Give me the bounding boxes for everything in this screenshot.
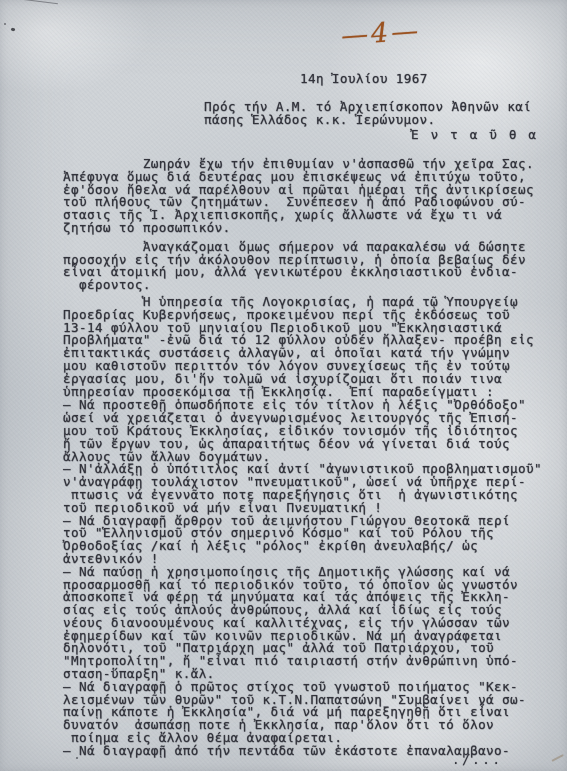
paragraph-censorship: Ἡ ὑπηρεσία τῆς Λογοκρισίας, ἡ παρά τῷ Ὑπ… [63, 296, 563, 398]
paragraph-request: Ἀναγκάζομαι ὅμως σήμερον νά παρακαλέσω ν… [63, 241, 563, 292]
handwritten-page-number: —4— [340, 15, 422, 52]
recipient-address: Πρός τήν Α.Μ. τό Ἀρχιεπίσκοπον Ἀθηνῶν κα… [204, 100, 531, 126]
letter-page: —4— 14η Ἰουλίου 1967 Πρός τήν Α.Μ. τό Ἀρ… [0, 0, 567, 771]
location-line: Ἐ ν τ α ῦ θ α [411, 129, 538, 142]
bullet-item-demotic-language: – Νά παύσῃ ἡ χρησιμοποίησις τῆς Δημοτικῆ… [63, 566, 563, 681]
bullet-item-subtitle-change: – Ν'ἀλλάξῃ ὁ ὑπότιτλος καί ἀντί "ἀγωνιστ… [63, 463, 563, 514]
bullet-item-theotokas-article: – Νά διαγραφῇ ἄρθρον τοῦ ἀειμνήστου Γιώρ… [63, 515, 563, 566]
letter-date: 14η Ἰουλίου 1967 [300, 73, 428, 86]
ink-speck [11, 27, 16, 31]
ink-speck [4, 23, 6, 25]
paragraph-greeting: Ζωηράν ἔχω τήν ἐπιθυμίαν ν'ἀσπασθῶ τήν χ… [63, 158, 563, 235]
recipient-line: πάσης Ἑλλάδος κ.κ. Ἱερώνυμον. [204, 113, 531, 126]
ink-speck [88, 751, 90, 753]
ink-speck [76, 757, 78, 759]
bullet-item-papatsonis-poem: – Νά διαγραφῇ ὁ πρῶτος στίχος τοῦ γνωστο… [63, 681, 563, 745]
continuation-mark: ./... [452, 752, 502, 767]
bullet-item-title-orthodoxo: – Νά προστεθῇ ὁπωσδήποτε εἰς τόν τίτλον … [63, 399, 563, 463]
paper-scratch [22, 0, 58, 4]
letter-body: Ζωηράν ἔχω τήν ἐπιθυμίαν ν'ἀσπασθῶ τήν χ… [63, 158, 563, 758]
